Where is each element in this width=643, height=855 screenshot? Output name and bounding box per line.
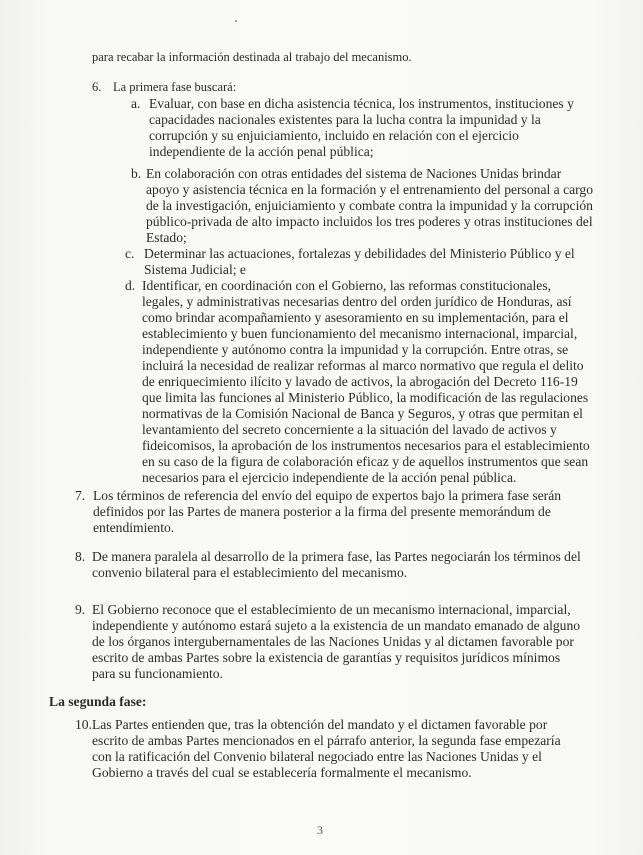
subitem-b-letter: b. xyxy=(131,166,141,182)
item-10-line: con la ratificación del Convenio bilater… xyxy=(92,749,542,765)
subitem-d-line: normativas de la Comisión Nacional de Ba… xyxy=(142,406,583,422)
subitem-d-line: incluirá la necesidad de realizar reform… xyxy=(142,358,584,374)
item-8-line: convenio bilateral para el establecimien… xyxy=(92,565,407,581)
subitem-b-line: de la investigación, enjuiciamiento y co… xyxy=(146,198,593,214)
item-7-line: entendimiento. xyxy=(93,520,174,536)
item-8-number: 8. xyxy=(75,549,85,565)
subitem-d-line: independiente y autónomo contra la impun… xyxy=(142,342,568,358)
subitem-b-line: En colaboración con otras entidades del … xyxy=(146,166,561,182)
item-6-title: La primera fase buscará: xyxy=(113,79,236,95)
item-7-number: 7. xyxy=(75,488,85,504)
item-7-line: Los términos de referencia del envío del… xyxy=(93,488,561,504)
item-10-number: 10. xyxy=(75,717,92,733)
subitem-a-line: independiente de la acción penal pública… xyxy=(149,144,374,160)
subitem-b-line: apoyo y asistencia técnica en la formaci… xyxy=(146,182,593,198)
subitem-d-line: necesarios para el ejercicio independien… xyxy=(142,470,516,486)
subitem-d-line: legales, y administrativas necesarias de… xyxy=(142,294,572,310)
subitem-d-line: establecimiento y buen funcionamiento de… xyxy=(142,326,577,342)
item-7-line: definidos por las Partes de manera poste… xyxy=(93,504,551,520)
page-number: 3 xyxy=(317,823,323,838)
subitem-d-line: que limita las funciones al Ministerio P… xyxy=(142,390,588,406)
subitem-d-line: levantamiento del secreto concerniente a… xyxy=(142,422,557,438)
subitem-d-line: de enriquecimiento ilícito y lavado de a… xyxy=(142,374,578,390)
subitem-d-line: Identificar, en coordinación con el Gobi… xyxy=(142,278,551,294)
item-9-line: independiente y autónomo estará sujeto a… xyxy=(92,618,580,634)
item-8-line: De manera paralela al desarrollo de la p… xyxy=(92,549,581,565)
item-9-line: escrito de ambas Partes sobre la existen… xyxy=(92,650,560,666)
subitem-a-line: capacidades nacionales existentes para l… xyxy=(149,112,541,128)
subitem-d-line: como brindar acompañamiento y asesoramie… xyxy=(142,310,569,326)
intro-line: para recabar la información destinada al… xyxy=(92,49,412,65)
subitem-c-line: Sistema Judicial; e xyxy=(144,262,246,278)
item-6-number: 6. xyxy=(92,79,101,95)
item-9-line: El Gobierno reconoce que el establecimie… xyxy=(92,602,571,618)
subitem-a-letter: a. xyxy=(131,96,140,112)
subitem-b-line: Estado; xyxy=(146,230,187,246)
scan-speck xyxy=(235,20,237,22)
item-10-line: Gobierno a través del cual se establecer… xyxy=(92,765,472,781)
subitem-d-letter: d. xyxy=(125,278,135,294)
subitem-c-line: Determinar las actuaciones, fortalezas y… xyxy=(144,246,575,262)
subitem-d-line: en su caso de la figura de colaboración … xyxy=(142,454,588,470)
subitem-a-line: corrupción y su enjuiciamiento, incluido… xyxy=(149,128,519,144)
item-9-number: 9. xyxy=(75,602,85,618)
document-page: para recabar la información destinada al… xyxy=(0,0,643,855)
subitem-a-line: Evaluar, con base en dicha asistencia té… xyxy=(149,96,574,112)
subitem-c-letter: c. xyxy=(125,246,134,262)
item-10-line: escrito de ambas Partes mencionados en e… xyxy=(92,733,561,749)
item-10-line: Las Partes entienden que, tras la obtenc… xyxy=(92,717,547,733)
item-9-line: para su funcionamiento. xyxy=(92,666,223,682)
item-9-line: de los órganos intergubernamentales de l… xyxy=(92,634,574,650)
subitem-b-line: público-privada de alto impacto incluido… xyxy=(146,214,593,230)
section-heading: La segunda fase: xyxy=(49,694,146,710)
subitem-d-line: fideicomisos, la aprobación de los instr… xyxy=(142,438,590,454)
